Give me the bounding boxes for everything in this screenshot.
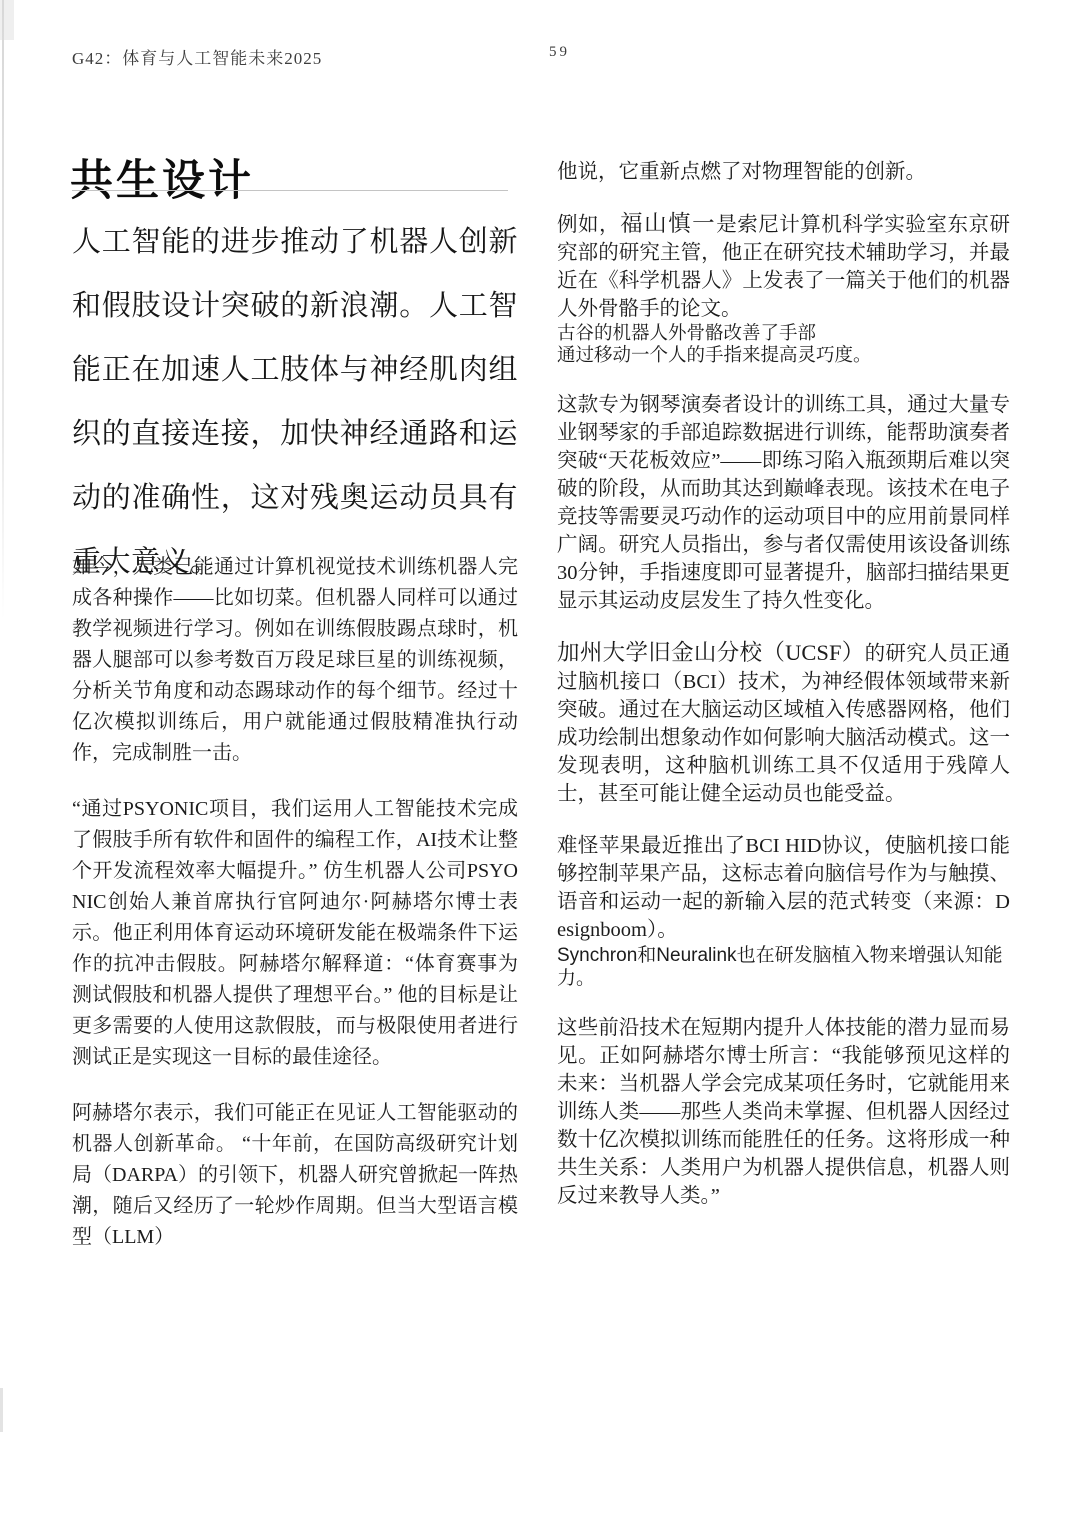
body-paragraph: 他说，它重新点燃了对物理智能的创新。 bbox=[557, 158, 1010, 186]
running-header: G42：体育与人工智能未来2025 bbox=[72, 44, 322, 69]
source-note-line: Synchron和Neuralink也在研发脑植入物来增强认知能力。 bbox=[557, 944, 1010, 990]
page-number: 59 bbox=[549, 44, 570, 61]
body-paragraph-quote: “通过PSYONIC项目，我们运用人工智能技术完成了假肢手所有软件和固件的编程工… bbox=[72, 794, 518, 1073]
body-paragraph: 这款专为钢琴演奏者设计的训练工具，通过大量专业钢琴家的手部追踪数据进行训练，能帮… bbox=[557, 391, 1010, 615]
note-text: 和 bbox=[637, 945, 656, 966]
body-paragraph: 难怪苹果最近推出了BCI HID协议，使脑机接口能够控制苹果产品，这标志着向脑信… bbox=[557, 832, 1010, 944]
title-divider-rule bbox=[72, 190, 508, 191]
brand-name-neuralink: Neuralink bbox=[656, 945, 736, 966]
body-paragraph: 加州大学旧金山分校（UCSF）的研究人员正通过脑机接口（BCI）技术，为神经假体… bbox=[557, 639, 1010, 808]
body-paragraph: 例如，福山慎一是索尼计算机科学实验室东京研究部的研究主管，他正在研究技术辅助学习… bbox=[557, 210, 1010, 323]
body-paragraph-closing-quote: 这些前沿技术在短期内提升人体技能的潜力显而易见。正如阿赫塔尔博士所言：“我能够预… bbox=[557, 1014, 1010, 1210]
image-caption-line: 通过移动一个人的手指来提高灵巧度。 bbox=[557, 345, 1010, 367]
body-paragraph: 如今，人类已能通过计算机视觉技术训练机器人完成各种操作——比如切菜。但机器人同样… bbox=[72, 552, 518, 769]
article-title: 共生设计 bbox=[70, 147, 515, 208]
left-column: 如今，人类已能通过计算机视觉技术训练机器人完成各种操作——比如切菜。但机器人同样… bbox=[72, 552, 518, 1278]
paragraph-text: 的研究人员正通过脑机接口（BCI）技术，为神经假体领域带来新突破。通过在大脑运动… bbox=[557, 643, 1010, 805]
page-edge-artifact-lower bbox=[0, 1388, 3, 1432]
page-edge-artifact bbox=[2, 0, 4, 620]
brand-name-synchron: Synchron bbox=[557, 945, 637, 966]
right-column: 他说，它重新点燃了对物理智能的创新。 例如，福山慎一是索尼计算机科学实验室东京研… bbox=[557, 158, 1010, 1234]
image-caption-line: 古谷的机器人外骨骼改善了手部 bbox=[557, 323, 1010, 345]
document-page: G42：体育与人工智能未来2025 59 共生设计 人工智能的进步推动了机器人创… bbox=[0, 0, 1080, 1528]
article-lede: 人工智能的进步推动了机器人创新和假肢设计突破的新浪潮。人工智能正在加速人工肢体与… bbox=[72, 210, 518, 594]
person-name-fukuyama: 福山慎一 bbox=[620, 211, 716, 236]
paragraph-text: 例如， bbox=[557, 214, 620, 236]
institution-name-ucsf: 加州大学旧金山分校（UCSF） bbox=[557, 640, 865, 665]
body-paragraph: 阿赫塔尔表示，我们可能正在见证人工智能驱动的机器人创新革命。 “十年前，在国防高… bbox=[72, 1098, 518, 1253]
